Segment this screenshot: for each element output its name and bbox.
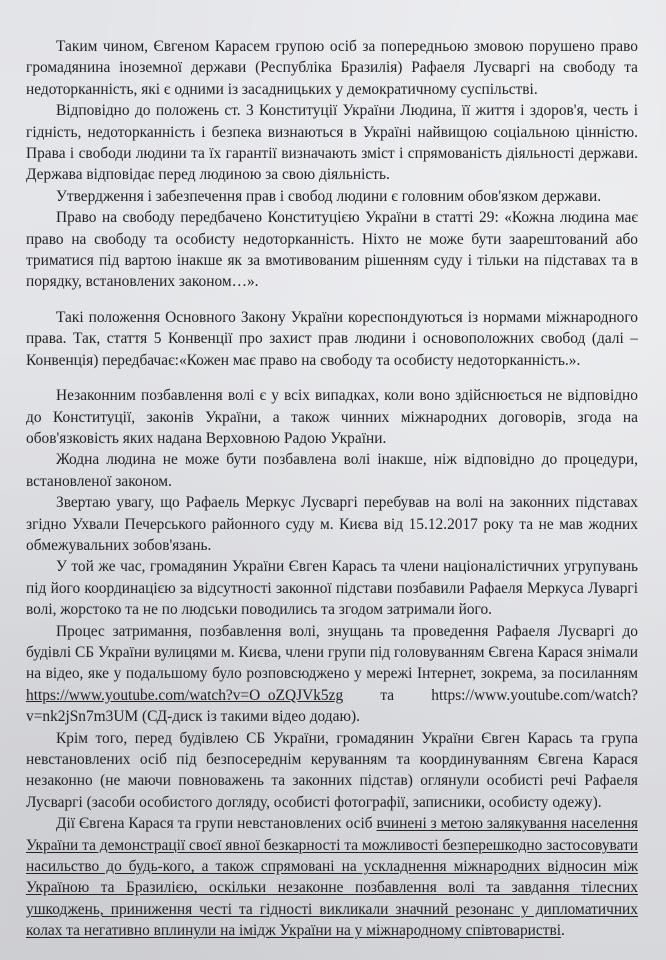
paragraph-detention-by-group: У той же час, громадянин України Євген К… [26, 556, 638, 620]
intent-text-underlined: вчинені з метою залякування населення Ук… [26, 815, 638, 939]
youtube-link-1[interactable]: https://www.youtube.com/watch?v=O_oZQJVk… [26, 687, 343, 704]
paragraph-court-ruling: Звертаю увагу, що Рафаель Меркус Лусварг… [26, 492, 638, 556]
paragraph-search-belongings: Крім того, перед будівлею СБ України, гр… [26, 728, 638, 814]
intent-text-plain: Дії Євгена Карася та групи невстановлени… [56, 815, 377, 832]
paragraph-convention: Такі положення Основного Закону України … [26, 307, 638, 371]
paragraph-constitution-art3: Відповідно до положень ст. 3 Конституції… [26, 100, 638, 186]
video-text-after: (СД-диск із такими відео додаю). [138, 708, 360, 725]
paragraph-unlawful-detention: Незаконним позбавлення волі є у всіх вип… [26, 385, 638, 449]
paragraph-procedure: Жодна людина не може бути позбавлена вол… [26, 449, 638, 492]
paragraph-conclusion: Таким чином, Євгеном Карасем групою осіб… [26, 36, 638, 100]
intent-text-end: . [561, 922, 565, 939]
video-text-before: Процес затримання, позбавлення волі, зну… [26, 623, 638, 683]
paragraph-intent: Дії Євгена Карася та групи невстановлени… [26, 813, 638, 941]
paragraph-state-duty: Утвердження і забезпечення прав і свобод… [26, 186, 638, 207]
document-body: Таким чином, Євгеном Карасем групою осіб… [26, 36, 638, 942]
paragraph-video-evidence: Процес затримання, позбавлення волі, зну… [26, 621, 638, 728]
paragraph-constitution-art29: Право на свободу передбачено Конституціє… [26, 207, 638, 293]
video-text-between: та [343, 687, 431, 704]
document-page: Таким чином, Євгеном Карасем групою осіб… [0, 0, 666, 960]
